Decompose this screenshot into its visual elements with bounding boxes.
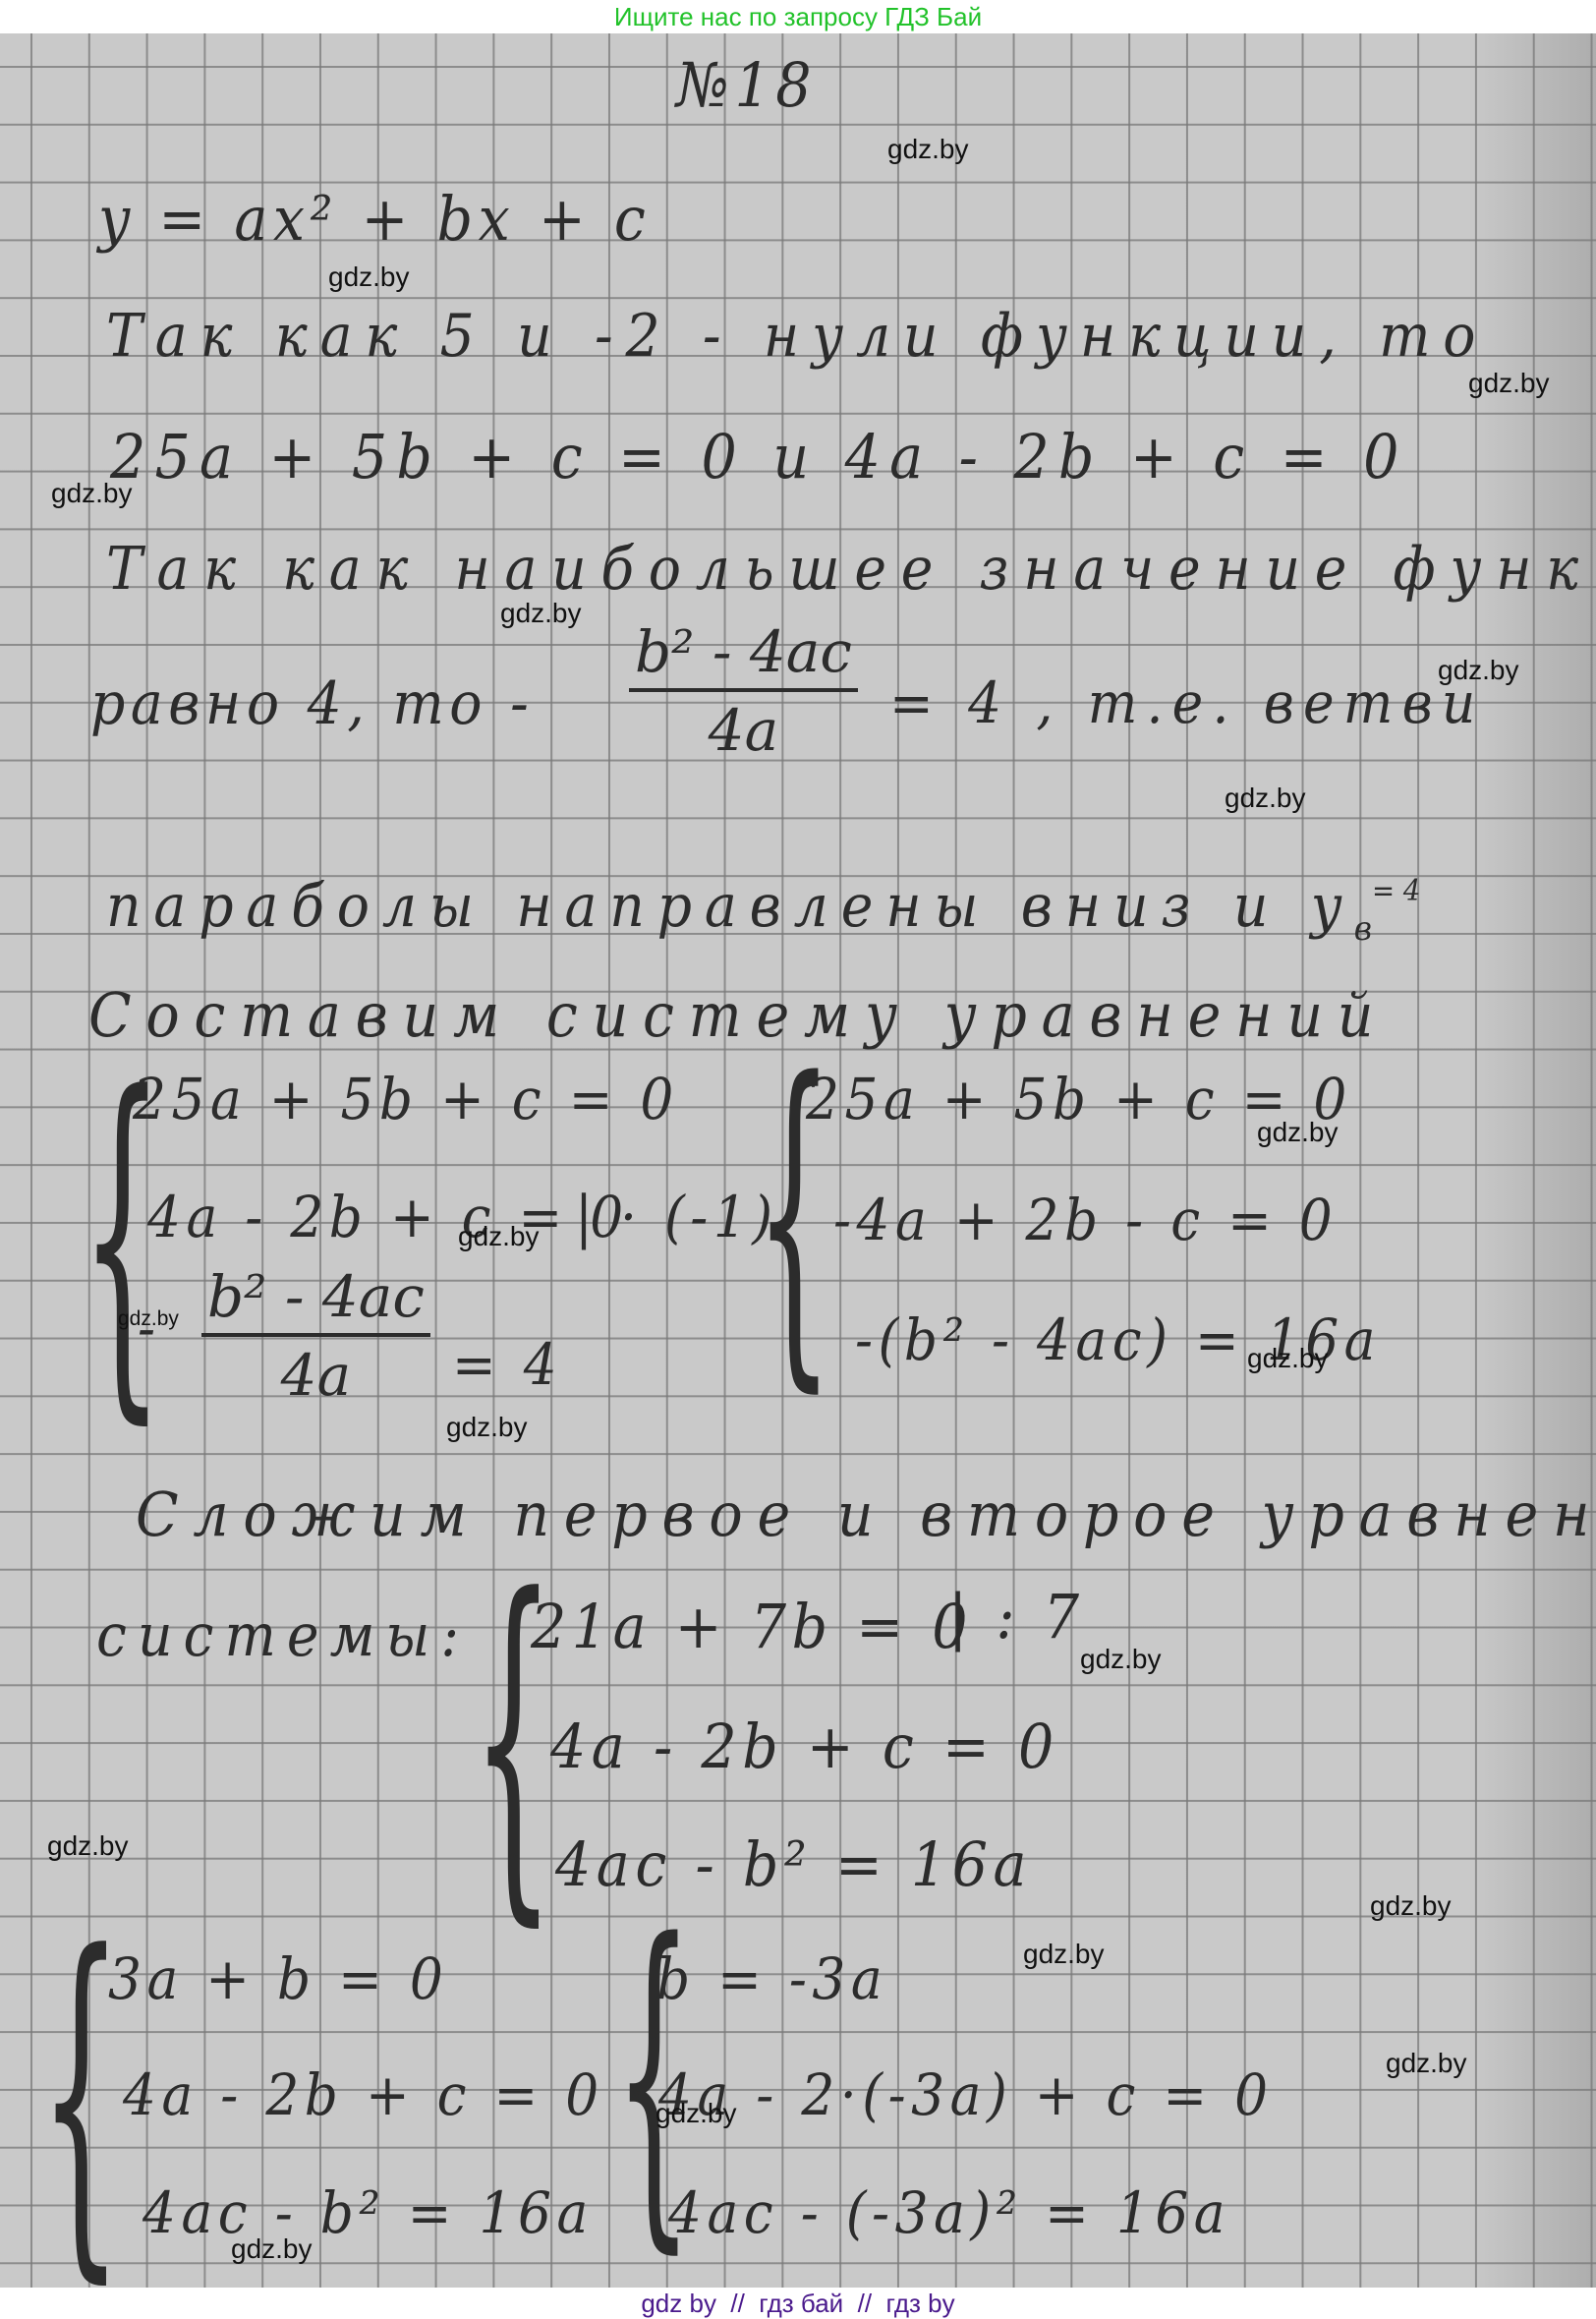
text-line-1: Так как 5 и -2 - нули функции, то	[106, 307, 1488, 366]
system-3-left-row-2: 4a - 2b + c = 0	[123, 2066, 604, 2123]
text-line-2: Так как наибольшее значение функции	[106, 540, 1596, 599]
text-line-7: системы:	[96, 1606, 470, 1665]
system-1-multiplier: | · (-1)	[575, 1188, 778, 1246]
text-line-3-suffix: = 4 , т.е. ветви	[889, 674, 1484, 731]
system-1-right-row-2: -4a + 2b - c = 0	[833, 1191, 1338, 1248]
bottom-banner: gdz by // гдз бай // гдз by	[0, 2288, 1596, 2319]
system-3-right-row-2: 4a - 2·(-3a) + c = 0	[658, 2066, 1274, 2123]
watermark: gdz.by	[1247, 1345, 1329, 1372]
text-line-3-prefix: равно 4, то -	[90, 674, 534, 733]
system-2-row-1: 21a + 7b = 0	[531, 1596, 973, 1657]
system-1-left-row-2: 4a - 2b + c = 0	[147, 1188, 629, 1246]
formula-line: y = ax² + bx + c	[98, 189, 651, 250]
watermark: gdz.by	[47, 1832, 129, 1860]
vertex-y-value: = 4	[1372, 874, 1420, 908]
top-banner: Ищите нас по запросу ГДЗ Бай	[0, 0, 1596, 33]
vertex-fraction: b² - 4ac 4a	[629, 623, 858, 759]
watermark: gdz.by	[1023, 1941, 1105, 1968]
text-line-5: Составим систему уравнений	[88, 985, 1388, 1046]
system-1-fraction-denominator: 4a	[201, 1337, 430, 1404]
watermark: gdz.by	[1370, 1892, 1452, 1920]
system-1-fraction: b² - 4ac 4a	[201, 1268, 430, 1404]
system-2-divider: | : 7	[948, 1587, 1085, 1648]
watermark: gdz.by	[51, 480, 133, 507]
watermark: gdz.by	[458, 1223, 540, 1250]
watermark: gdz.by	[231, 2235, 313, 2263]
system-2-row-2: 4a - 2b + c = 0	[550, 1716, 1059, 1777]
watermark: gdz.by	[328, 263, 410, 291]
text-line-4: параболы направлены вниз и yв= 4	[106, 877, 1420, 946]
system-3-right-row-3: 4ac - (-3a)² = 16a	[668, 2184, 1230, 2241]
vertex-y-subscript: в	[1354, 909, 1372, 949]
system-3-left-row-3: 4ac - b² = 16a	[142, 2184, 594, 2241]
equation-line-1: 25a + 5b + c = 0 и 4a - 2b + c = 0	[110, 427, 1408, 488]
watermark: gdz.by	[446, 1414, 528, 1441]
text-line-4-words: параболы направлены вниз и	[106, 872, 1281, 941]
system-1-fraction-numerator: b² - 4ac	[201, 1268, 430, 1337]
watermark: gdz.by	[655, 2100, 737, 2127]
watermark: gdz.by	[1468, 370, 1550, 397]
system-3-left-row-1: 3a + b = 0	[108, 1950, 448, 2007]
vertex-y: y	[1311, 872, 1354, 941]
problem-number: №18	[676, 55, 817, 116]
watermark: gdz.by	[1438, 657, 1519, 684]
watermark: gdz.by	[1386, 2050, 1467, 2077]
system-1-fraction-equals: = 4	[452, 1336, 562, 1393]
top-banner-text: Ищите нас по запросу ГДЗ Бай	[614, 2, 982, 31]
text-line-6: Сложим первое и второе уравнения	[136, 1484, 1596, 1545]
watermark: gdz.by	[887, 136, 969, 163]
watermark: gdz.by	[1257, 1119, 1339, 1146]
notebook-page: №18 y = ax² + bx + c Так как 5 и -2 - ну…	[0, 33, 1596, 2288]
watermark: gdz.by	[1080, 1646, 1162, 1673]
system-3-right-row-1: b = -3a	[656, 1950, 887, 2007]
watermark: gdz.by	[1225, 784, 1306, 812]
fraction-denominator: 4a	[629, 692, 858, 759]
watermark: gdz.by	[500, 600, 582, 627]
fraction-numerator: b² - 4ac	[629, 623, 858, 692]
system-1-left-row-1: 25a + 5b + c = 0	[133, 1071, 679, 1128]
bottom-banner-text: gdz by // гдз бай // гдз by	[641, 2289, 954, 2318]
watermark: gdz.by	[118, 1308, 179, 1329]
